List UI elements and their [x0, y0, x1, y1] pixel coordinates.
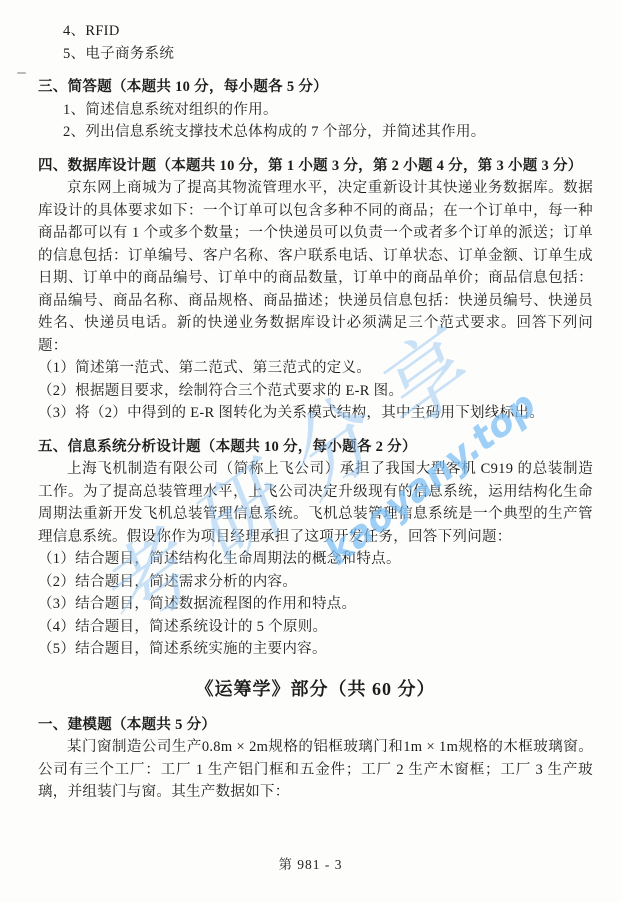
section3-item-1: 1、简述信息系统对组织的作用。 — [38, 99, 593, 122]
section5-question-1: （1）结合题目，简述结构化生命周期法的概念和特点。 — [38, 548, 593, 571]
part2-section1-heading: 一、建模题（本题共 5 分） — [38, 714, 593, 737]
page-number: 第 981 - 3 — [0, 854, 621, 877]
list-item-4-rfid: 4、RFID — [38, 20, 593, 43]
exam-paper-page: { "intro": { "items": [ "4、RFID", "5、电子商… — [0, 0, 621, 902]
section3-item-2: 2、列出信息系统支撑技术总体构成的 7 个部分，并简述其作用。 — [38, 121, 593, 144]
section5-question-3: （3）结合题目，简述数据流程图的作用和特点。 — [38, 593, 593, 616]
section5-question-5: （5）结合题目，简述系统实施的主要内容。 — [38, 638, 593, 661]
list-item-5-ecommerce: 5、电子商务系统 — [38, 43, 593, 66]
part2-title: 《运筹学》部分（共 60 分） — [38, 676, 593, 703]
section5-paragraph: 上海飞机制造有限公司（简称上飞公司）承担了我国大型客机 C919 的总装制造工作… — [38, 458, 593, 548]
scan-artifact-dash — [17, 72, 26, 74]
section4-heading: 四、数据库设计题（本题共 10 分，第 1 小题 3 分，第 2 小题 4 分，… — [38, 155, 593, 178]
section3-heading: 三、简答题（本题共 10 分，每小题各 5 分） — [38, 76, 593, 99]
section4-paragraph: 京东网上商城为了提高其物流管理水平，决定重新设计其快递业务数据库。数据库设计的具… — [38, 177, 593, 357]
section4-question-2: （2）根据题目要求，绘制符合三个范式要求的 E-R 图。 — [38, 380, 593, 403]
section5-heading: 五、信息系统分析设计题（本题共 10 分，每小题各 2 分） — [38, 436, 593, 459]
section4-question-1: （1）简述第一范式、第二范式、第三范式的定义。 — [38, 357, 593, 380]
section5-question-4: （4）结合题目，简述系统设计的 5 个原则。 — [38, 616, 593, 639]
exam-page: 4、RFID 5、电子商务系统 三、简答题（本题共 10 分，每小题各 5 分）… — [0, 0, 621, 902]
part2-paragraph: 某门窗制造公司生产0.8m × 2m规格的铝框玻璃门和1m × 1m规格的木框玻… — [38, 736, 593, 804]
section5-question-2: （2）结合题目，简述需求分析的内容。 — [38, 571, 593, 594]
section4-question-3: （3）将（2）中得到的 E-R 图转化为关系模式结构，其中主码用下划线标出。 — [38, 402, 593, 425]
